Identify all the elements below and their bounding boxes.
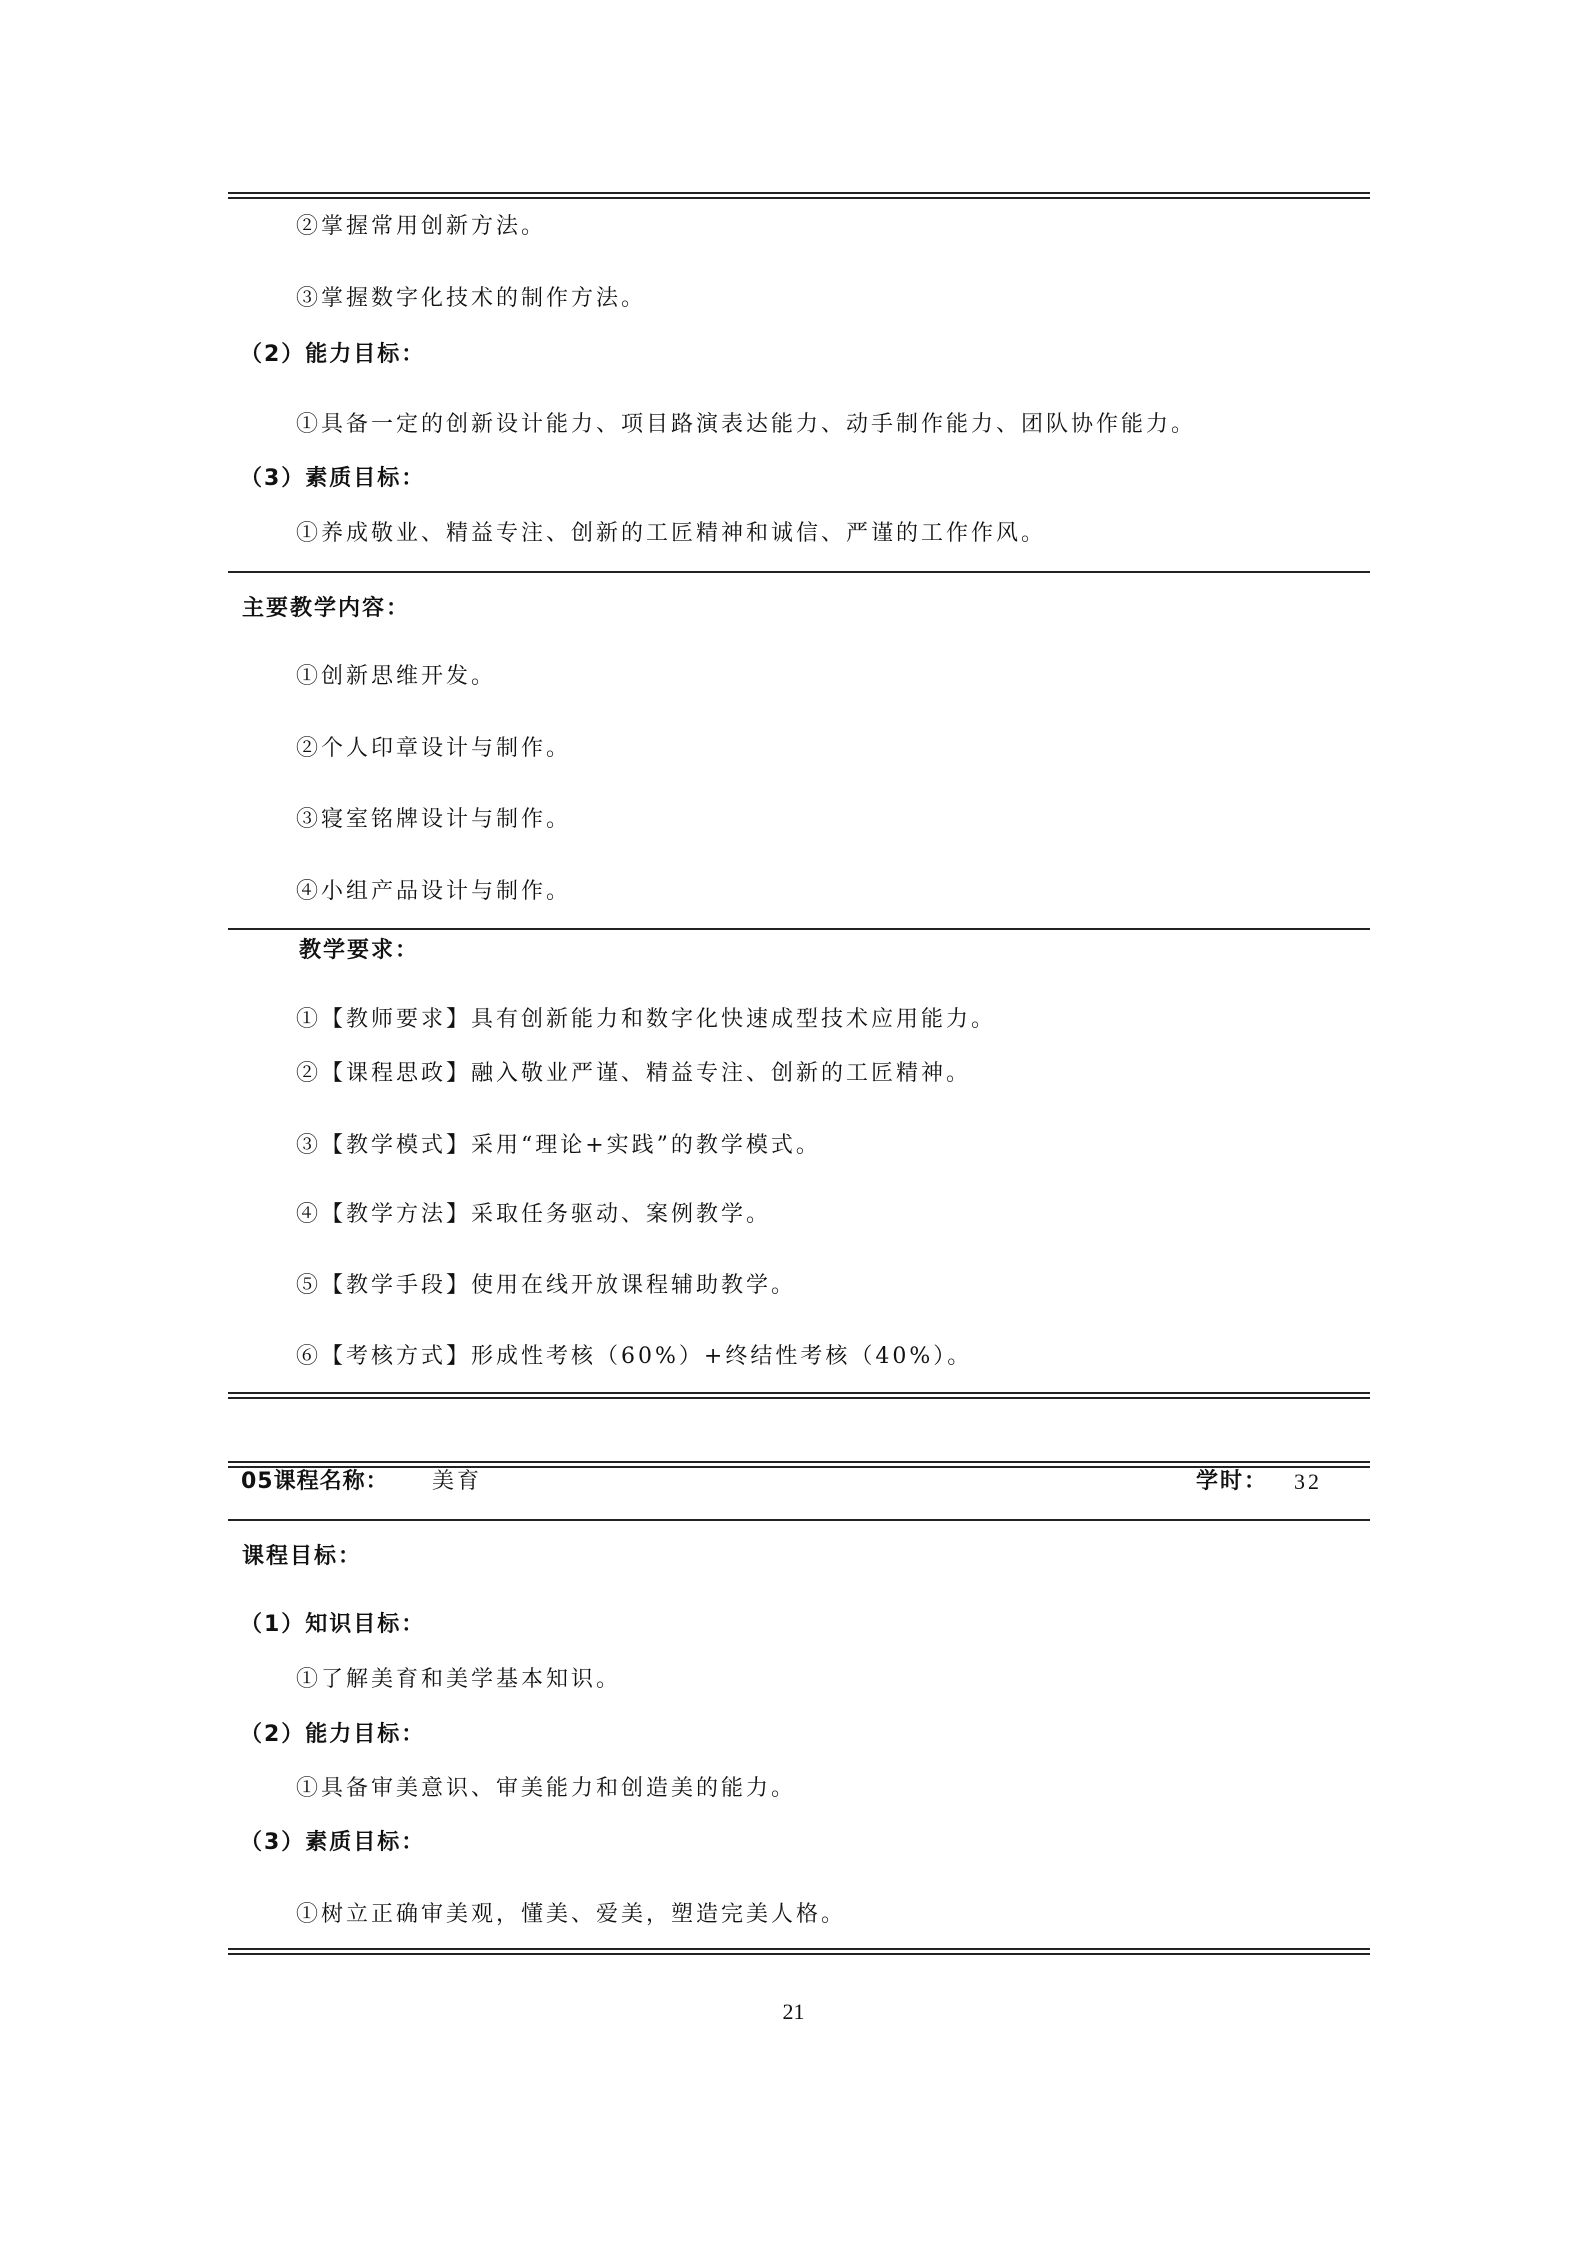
- content-item: ①创新思维开发。: [296, 664, 496, 690]
- ability-heading: （2）能力目标：: [240, 1722, 425, 1748]
- knowledge-heading: （1）知识目标：: [240, 1612, 425, 1638]
- rule: [228, 1519, 1370, 1521]
- requirement-item: ⑥【考核方式】形成性考核（60%）+终结性考核（40%）。: [296, 1344, 972, 1370]
- content-heading: 主要教学内容：: [242, 596, 410, 622]
- top-double-rule: [228, 192, 1370, 199]
- requirement-item: ④【教学方法】采取任务驱动、案例教学。: [296, 1202, 771, 1228]
- knowledge-item: ①了解美育和美学基本知识。: [296, 1667, 621, 1693]
- ability-item: ①具备一定的创新设计能力、项目路演表达能力、动手制作能力、团队协作能力。: [296, 412, 1196, 438]
- quality-heading: （3）素质目标：: [240, 466, 425, 492]
- requirement-item: ②【课程思政】融入敬业严谨、精益专注、创新的工匠精神。: [296, 1061, 971, 1087]
- quality-heading: （3）素质目标：: [240, 1830, 425, 1856]
- course-header-double-rule: [228, 1461, 1370, 1468]
- knowledge-item: ③掌握数字化技术的制作方法。: [296, 286, 646, 312]
- quality-item: ①树立正确审美观，懂美、爱美，塑造完美人格。: [296, 1902, 846, 1928]
- hours-value: 32: [1294, 1469, 1322, 1495]
- requirement-item: ①【教师要求】具有创新能力和数字化快速成型技术应用能力。: [296, 1007, 996, 1033]
- ability-item: ①具备审美意识、审美能力和创造美的能力。: [296, 1776, 796, 1802]
- content-item: ③寝室铭牌设计与制作。: [296, 807, 571, 833]
- knowledge-item: ②掌握常用创新方法。: [296, 214, 546, 240]
- bottom-double-rule: [228, 1948, 1370, 1955]
- quality-item: ①养成敬业、精益专注、创新的工匠精神和诚信、严谨的工作作风。: [296, 521, 1046, 547]
- requirement-item: ③【教学模式】采用“理论+实践”的教学模式。: [296, 1133, 821, 1159]
- course-label: 05课程名称：: [241, 1469, 389, 1495]
- rule: [228, 928, 1370, 930]
- rule: [228, 571, 1370, 573]
- page-number: 21: [0, 1999, 1587, 2025]
- section-end-double-rule: [228, 1392, 1370, 1399]
- content-item: ②个人印章设计与制作。: [296, 736, 571, 762]
- requirement-item: ⑤【教学手段】使用在线开放课程辅助教学。: [296, 1273, 796, 1299]
- ability-heading: （2）能力目标：: [240, 342, 425, 368]
- goals-heading: 课程目标：: [242, 1544, 362, 1570]
- content-item: ④小组产品设计与制作。: [296, 879, 571, 905]
- requirements-heading: 教学要求：: [299, 938, 419, 964]
- course-name: 美育: [432, 1469, 482, 1495]
- hours-label: 学时：: [1196, 1469, 1268, 1495]
